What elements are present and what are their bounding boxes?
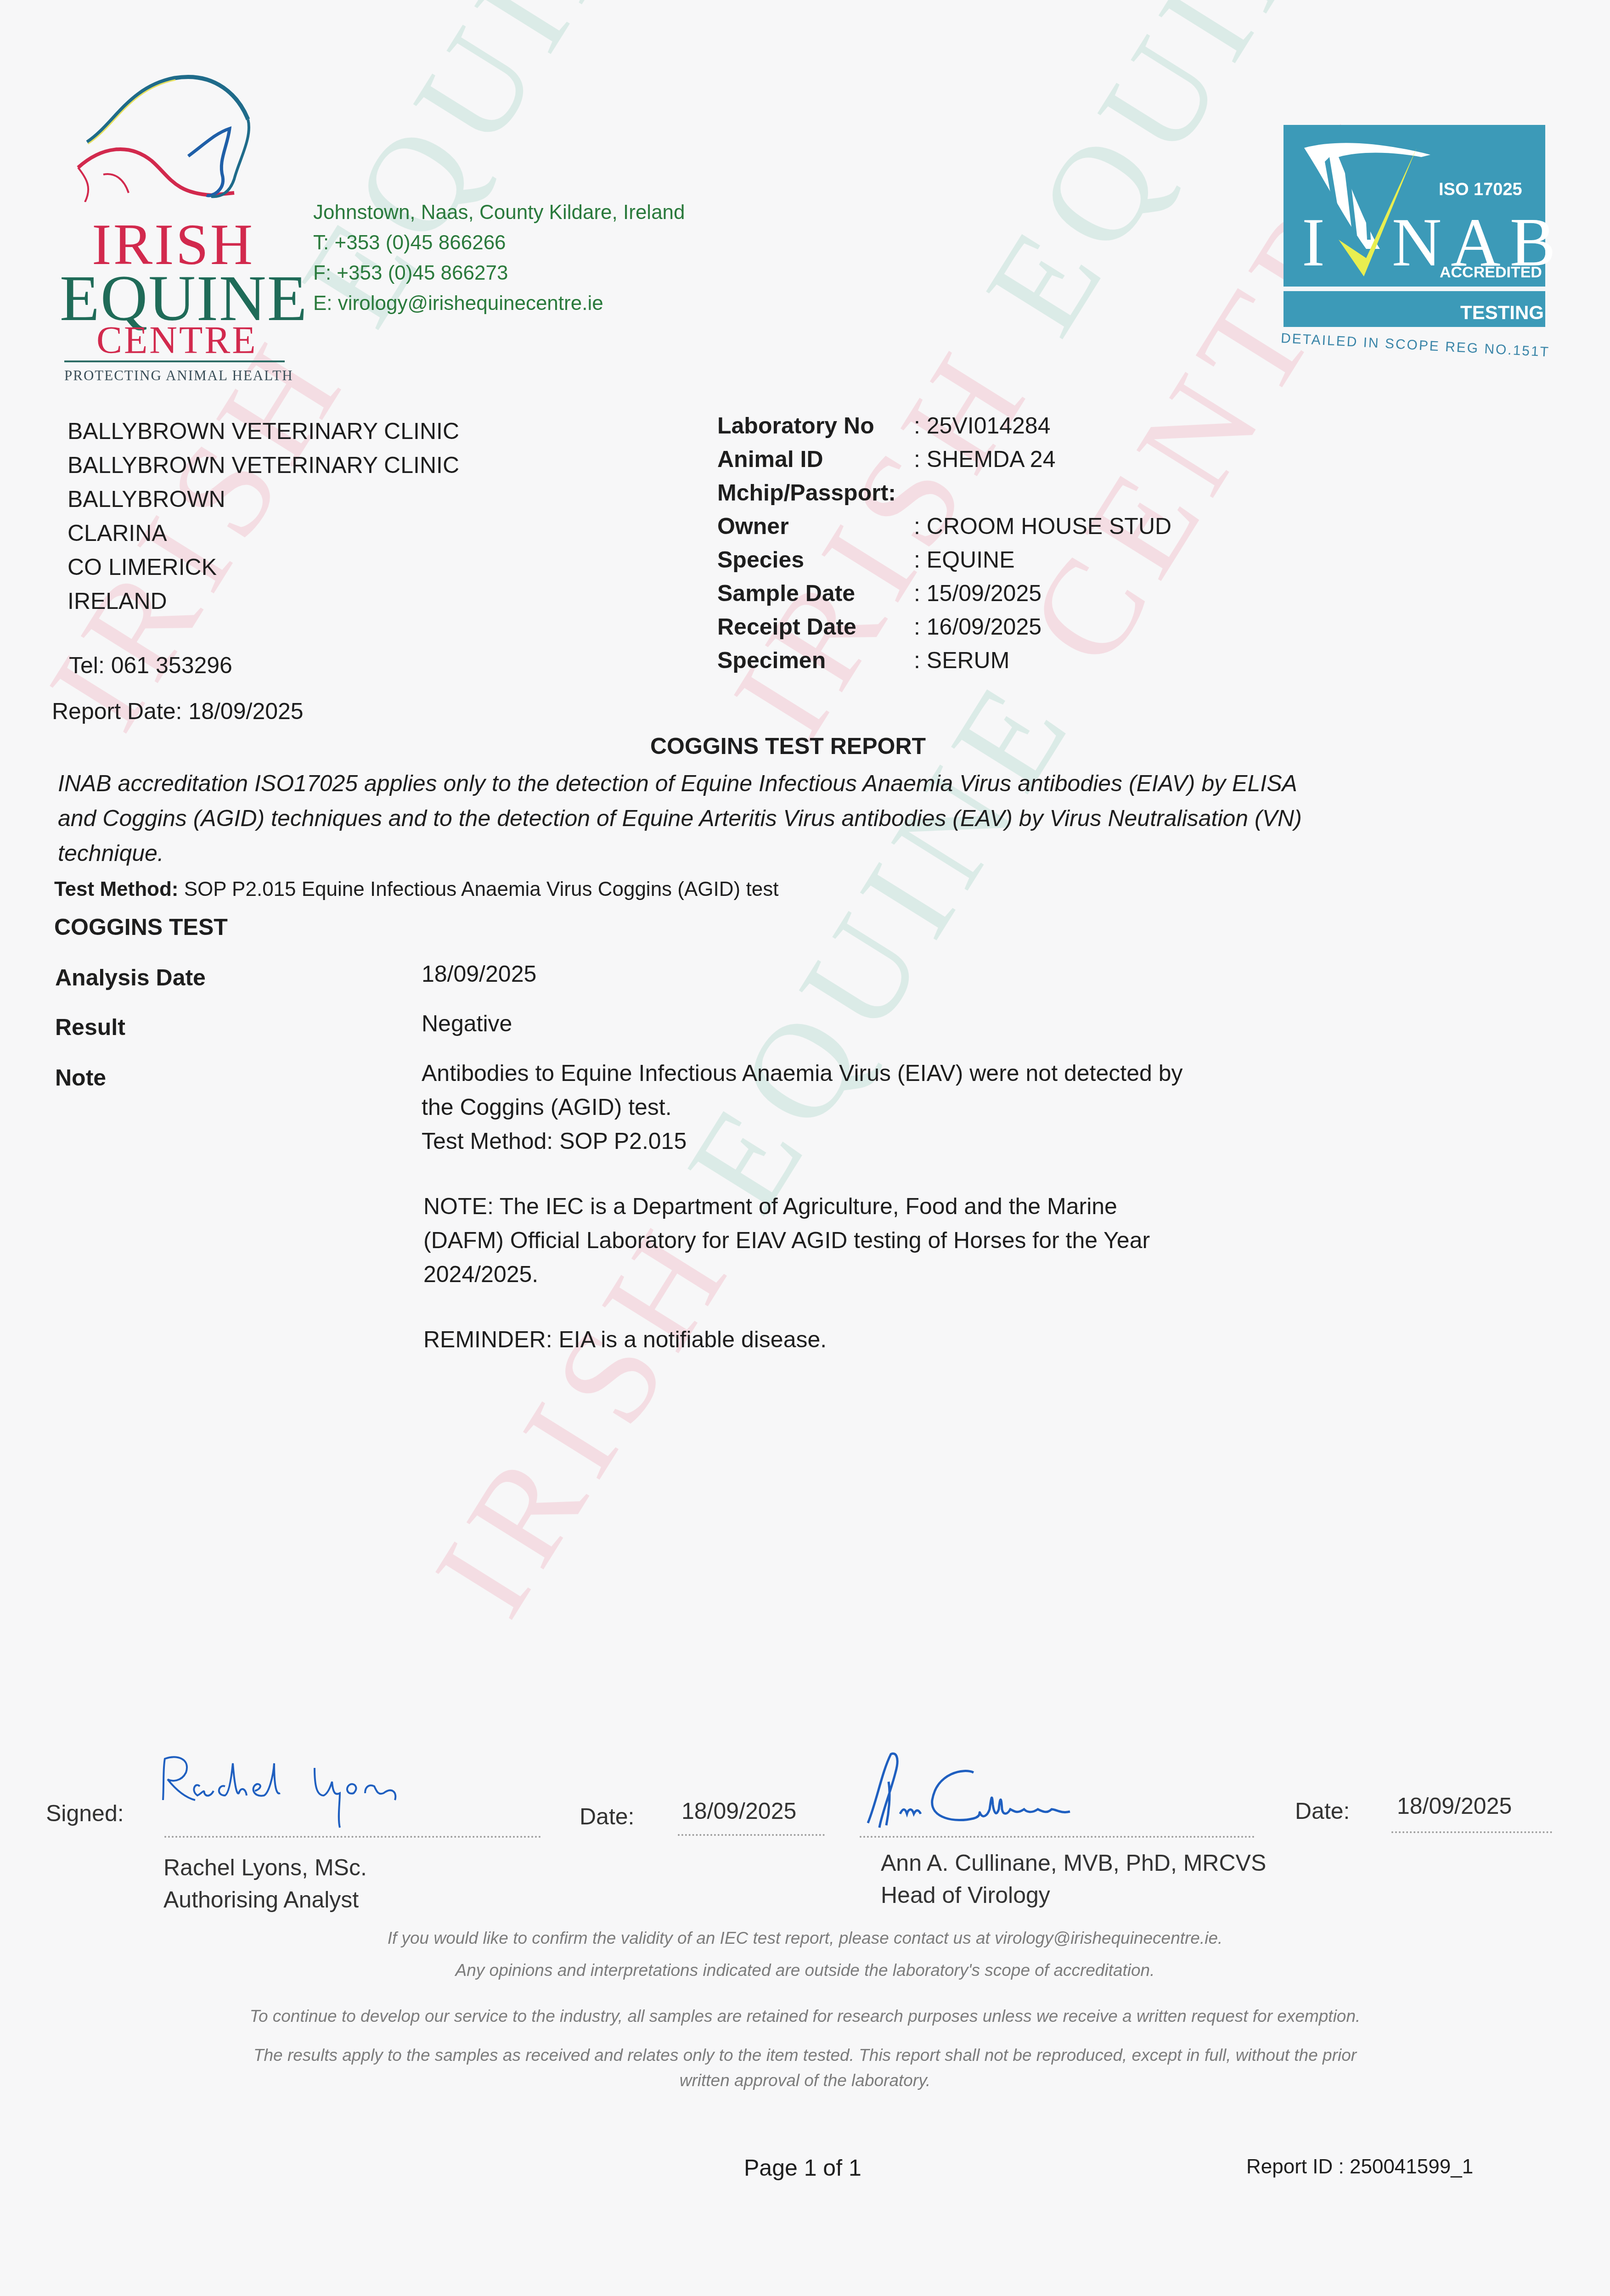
note-label: Note: [55, 1064, 106, 1091]
address-line: IRELAND: [68, 584, 459, 618]
head-date-label: Date:: [1295, 1798, 1350, 1824]
lab-email[interactable]: E: virology@irishequinecentre.ie: [313, 288, 685, 319]
field-sample-date: Sample Date : 15/09/2025: [717, 580, 1171, 613]
reminder-note: REMINDER: EIA is a notifiable disease.: [423, 1322, 827, 1356]
result-value: Negative: [422, 1010, 512, 1037]
logo-tagline: PROTECTING ANIMAL HEALTH: [64, 367, 293, 384]
field-animal-id: Animal ID : SHEMDA 24: [717, 446, 1171, 479]
head-date-line: [1391, 1831, 1552, 1833]
recipient-telephone: Tel: 061 353296: [69, 648, 232, 682]
accreditation-statement: INAB accreditation ISO17025 applies only…: [58, 766, 1435, 871]
field-species: Species : EQUINE: [717, 546, 1171, 580]
head-signature-line: [860, 1836, 1255, 1838]
horse-logo-icon: [60, 69, 298, 202]
analyst-name-block: Rachel Lyons, MSc. Authorising Analyst: [163, 1851, 367, 1916]
inab-iso-label: ISO 17025: [1439, 180, 1522, 200]
analysis-date-label: Analysis Date: [55, 964, 206, 991]
report-title: COGGINS TEST REPORT: [650, 733, 926, 760]
head-date-value: 18/09/2025: [1397, 1793, 1512, 1819]
signed-label: Signed:: [46, 1800, 124, 1827]
address-line: BALLYBROWN VETERINARY CLINIC: [68, 448, 459, 482]
field-specimen: Specimen : SERUM: [717, 647, 1171, 681]
head-signature-icon: [859, 1745, 1180, 1837]
field-laboratory-no: Laboratory No : 25VI014284: [717, 412, 1171, 446]
lab-address: Johnstown, Naas, County Kildare, Ireland: [313, 197, 685, 228]
analyst-date-line: [678, 1834, 825, 1836]
inab-scope-reference: DETAILED IN SCOPE REG NO.151T: [1280, 331, 1550, 360]
inab-accredited-label: ACCREDITED: [1440, 264, 1542, 281]
field-receipt-date: Receipt Date : 16/09/2025: [717, 613, 1171, 647]
recipient-address: BALLYBROWN VETERINARY CLINIC BALLYBROWN …: [68, 414, 459, 618]
inab-letter-i: I: [1302, 203, 1325, 282]
disclaimer-reproduction: The results apply to the samples as rece…: [0, 2046, 1610, 2065]
irish-equine-centre-logo: IRISH EQUINE CENTRE PROTECTING ANIMAL HE…: [60, 69, 298, 390]
inab-divider: [1283, 287, 1545, 291]
field-mchip-passport: Mchip/Passport:: [717, 479, 1171, 513]
report-page: IRISH EQUINE CENTRE IRISH EQUINE CENTRE …: [0, 0, 1610, 2296]
logo-word-centre: CENTRE: [96, 321, 258, 360]
test-method: Test Method: SOP P2.015 Equine Infectiou…: [54, 878, 778, 901]
head-name: Ann A. Cullinane, MVB, PhD, MRCVS: [881, 1847, 1266, 1879]
disclaimer-reproduction-cont: written approval of the laboratory.: [0, 2071, 1610, 2090]
inab-accreditation-badge: ISO 17025 I NAB ACCREDITED TESTING: [1283, 125, 1545, 327]
analyst-name: Rachel Lyons, MSc.: [163, 1851, 367, 1884]
sample-details: Laboratory No : 25VI014284 Animal ID : S…: [717, 412, 1171, 681]
disclaimer-opinions: Any opinions and interpretations indicat…: [0, 1961, 1610, 1980]
address-line: BALLYBROWN: [68, 482, 459, 516]
note-text: Antibodies to Equine Infectious Anaemia …: [422, 1056, 1182, 1158]
head-name-block: Ann A. Cullinane, MVB, PhD, MRCVS Head o…: [881, 1847, 1266, 1911]
analyst-date-value: 18/09/2025: [681, 1798, 796, 1824]
inab-testing-label: TESTING: [1460, 302, 1544, 324]
head-title: Head of Virology: [881, 1879, 1266, 1911]
analysis-date-value: 18/09/2025: [422, 961, 536, 987]
address-line: CLARINA: [68, 516, 459, 550]
lab-phone: T: +353 (0)45 866266: [313, 228, 685, 258]
lab-fax: F: +353 (0)45 866273: [313, 258, 685, 288]
disclaimer-sample-retention: To continue to develop our service to th…: [0, 2007, 1610, 2026]
field-owner: Owner : CROOM HOUSE STUD: [717, 513, 1171, 546]
analyst-date-label: Date:: [580, 1803, 635, 1830]
report-id: Report ID : 250041599_1: [1246, 2155, 1473, 2178]
analyst-signature-line: [164, 1836, 541, 1838]
result-label: Result: [55, 1014, 125, 1041]
dafm-note: NOTE: The IEC is a Department of Agricul…: [423, 1189, 1150, 1291]
address-line: CO LIMERICK: [68, 550, 459, 584]
section-title-coggins-test: COGGINS TEST: [54, 914, 228, 940]
report-date: Report Date: 18/09/2025: [52, 694, 304, 728]
lab-contact-block: Johnstown, Naas, County Kildare, Ireland…: [313, 197, 685, 319]
analyst-title: Authorising Analyst: [163, 1884, 367, 1916]
disclaimer-validity: If you would like to confirm the validit…: [0, 1929, 1610, 1948]
logo-divider: [64, 360, 285, 362]
page-number: Page 1 of 1: [744, 2155, 861, 2181]
analyst-signature-icon: [158, 1750, 489, 1832]
address-line: BALLYBROWN VETERINARY CLINIC: [68, 414, 459, 448]
